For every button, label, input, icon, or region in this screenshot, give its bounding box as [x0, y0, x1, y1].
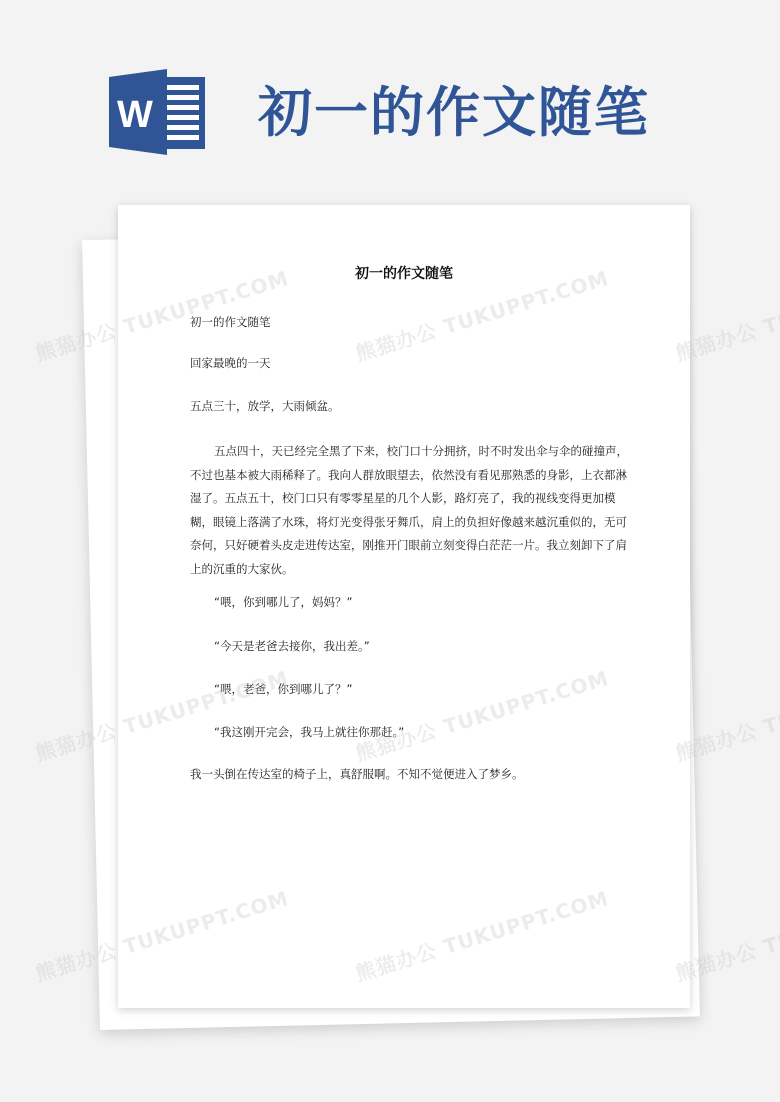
banner: W 初一的作文随笔 — [0, 0, 780, 200]
document-title: 初一的作文随笔 — [118, 263, 690, 283]
paragraph: 五点三十，放学，大雨倾盆。 — [190, 395, 630, 419]
paragraph: 五点四十，天已经完全黑了下来，校门口十分拥挤，时不时发出伞与伞的碰撞声，不过也基… — [190, 440, 630, 581]
word-logo-icon: W — [109, 69, 209, 155]
paragraph: 初一的作文随笔 — [190, 311, 630, 335]
paragraph: 回家最晚的一天 — [190, 352, 630, 376]
paragraph: “今天是老爸去接你，我出差。” — [190, 635, 630, 659]
paragraph: “我这刚开完会，我马上就往你那赶。” — [190, 721, 630, 745]
document-page: 初一的作文随笔 初一的作文随笔 回家最晚的一天 五点三十，放学，大雨倾盆。 五点… — [118, 205, 690, 1008]
paragraph: “喂，你到哪儿了，妈妈？” — [190, 591, 630, 615]
paragraph: 我一头倒在传达室的椅子上，真舒服啊。不知不觉便进入了梦乡。 — [190, 763, 630, 787]
svg-text:W: W — [117, 94, 153, 136]
banner-title: 初一的作文随笔 — [258, 76, 650, 148]
paragraph: “喂，老爸，你到哪儿了？” — [190, 678, 630, 702]
